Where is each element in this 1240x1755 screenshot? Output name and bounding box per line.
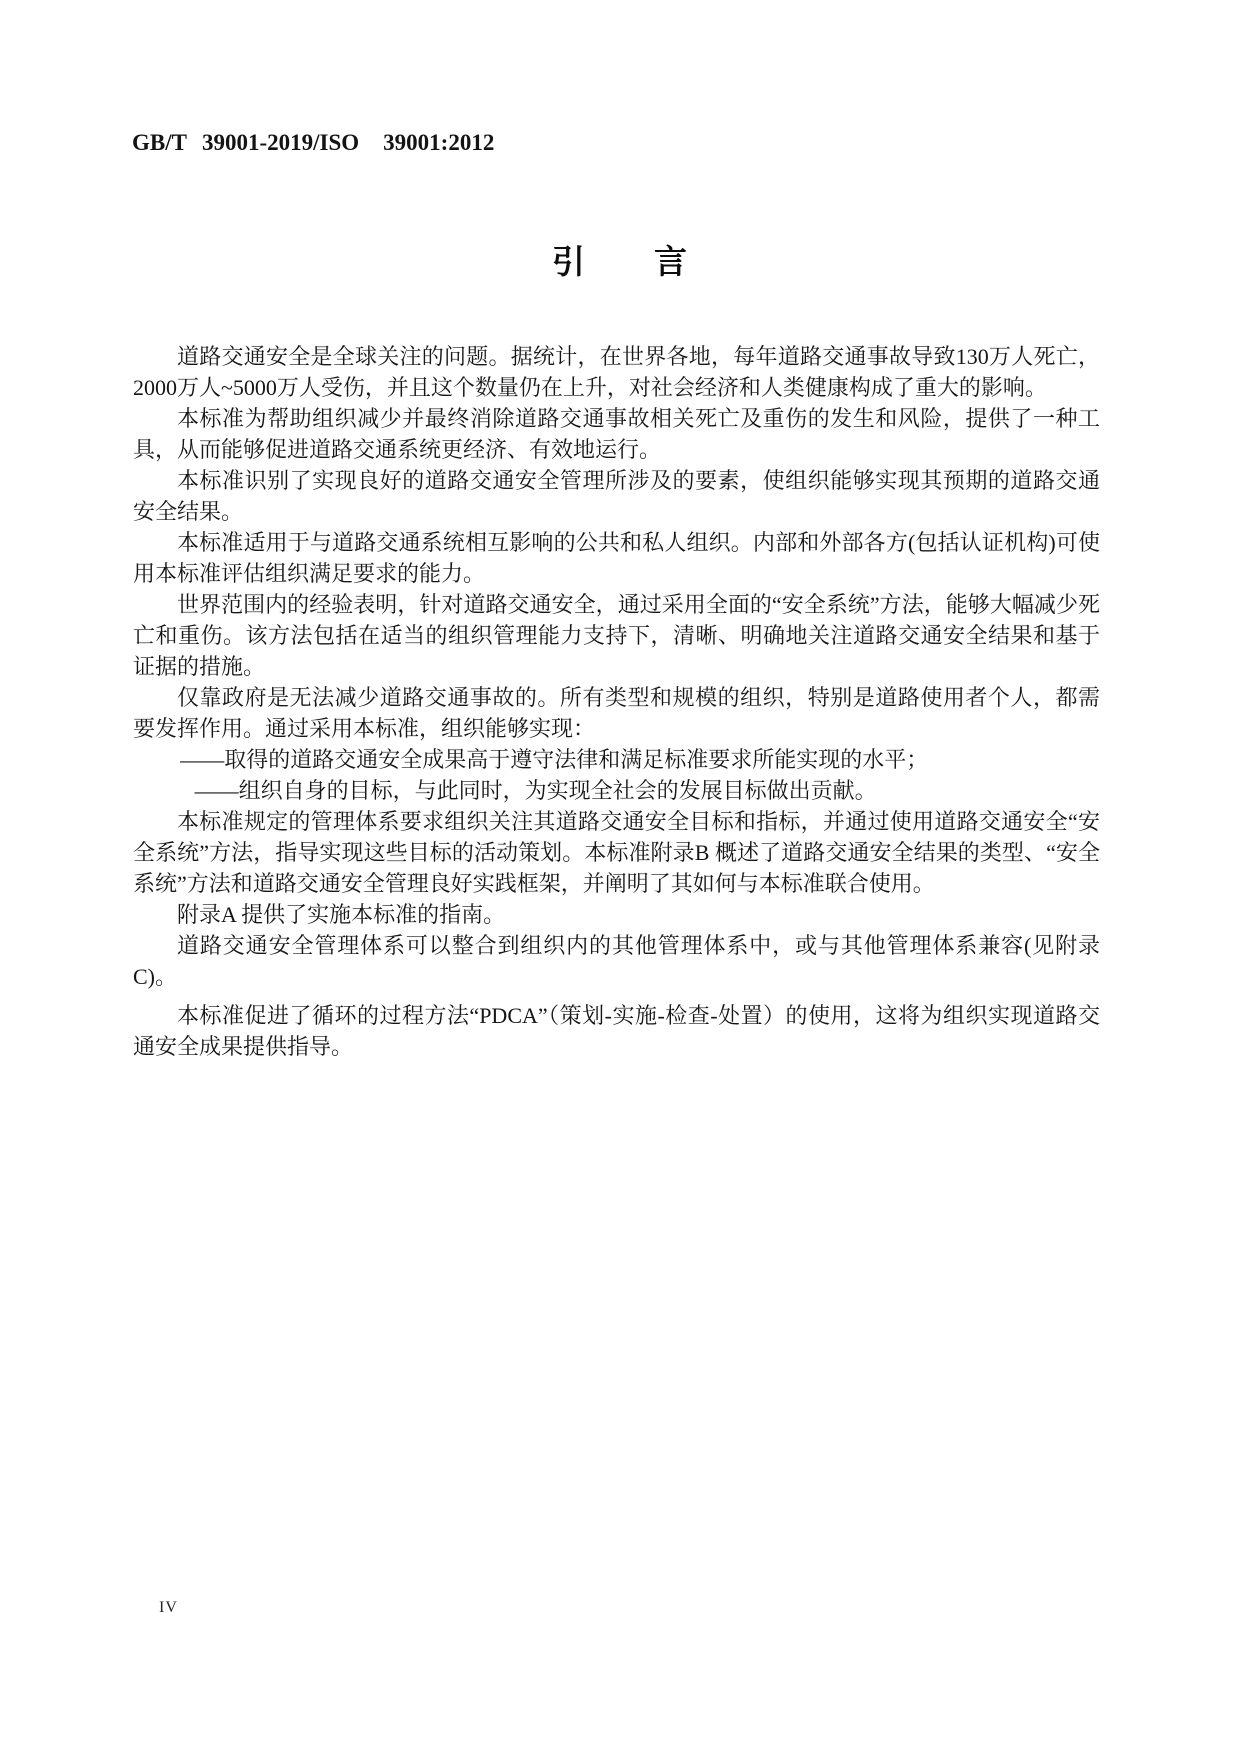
paragraph: 道路交通安全是全球关注的问题。据统计，在世界各地，每年道路交通事故导致130万人… xyxy=(133,341,1100,403)
paragraph: 道路交通安全管理体系可以整合到组织内的其他管理体系中，或与其他管理体系兼容(见附… xyxy=(133,930,1100,992)
paragraph: ——组织自身的目标，与此同时，为实现全社会的发展目标做出贡献。 xyxy=(133,775,1100,806)
paragraph: 本标准识别了实现良好的道路交通安全管理所涉及的要素，使组织能够实现其预期的道路交… xyxy=(133,465,1100,527)
paragraph: 本标准为帮助组织减少并最终消除道路交通事故相关死亡及重伤的发生和风险，提供了一种… xyxy=(133,403,1100,465)
page-number: IV xyxy=(159,1599,178,1617)
standard-code: GB/T 39001-2019/ISO 39001:2012 xyxy=(132,130,494,156)
paragraph: ——取得的道路交通安全成果高于遵守法律和满足标准要求所能实现的水平； xyxy=(133,744,1100,775)
page-title: 引 言 xyxy=(0,236,1240,283)
paragraph: 本标准促进了循环的过程方法“PDCA”（策划-实施-检查-处置）的使用，这将为组… xyxy=(133,1000,1100,1062)
document-page: GB/T 39001-2019/ISO 39001:2012 引 言 道路交通安… xyxy=(0,0,1240,1755)
paragraph: 本标准适用于与道路交通系统相互影响的公共和私人组织。内部和外部各方(包括认证机构… xyxy=(133,527,1100,589)
paragraph: 仅靠政府是无法减少道路交通事故的。所有类型和规模的组织，特别是道路使用者个人，都… xyxy=(133,682,1100,744)
paragraph: 附录A 提供了实施本标准的指南。 xyxy=(133,899,1100,930)
standard-code-gbt: GB/T xyxy=(132,130,187,156)
standard-code-iso-year: 39001:2012 xyxy=(383,130,494,156)
body-text: 道路交通安全是全球关注的问题。据统计，在世界各地，每年道路交通事故导致130万人… xyxy=(133,341,1100,1062)
paragraph: 本标准规定的管理体系要求组织关注其道路交通安全目标和指标，并通过使用道路交通安全… xyxy=(133,806,1100,899)
paragraph: 世界范围内的经验表明，针对道路交通安全，通过采用全面的“安全系统”方法，能够大幅… xyxy=(133,589,1100,682)
standard-code-number: 39001-2019/ISO xyxy=(202,130,359,156)
